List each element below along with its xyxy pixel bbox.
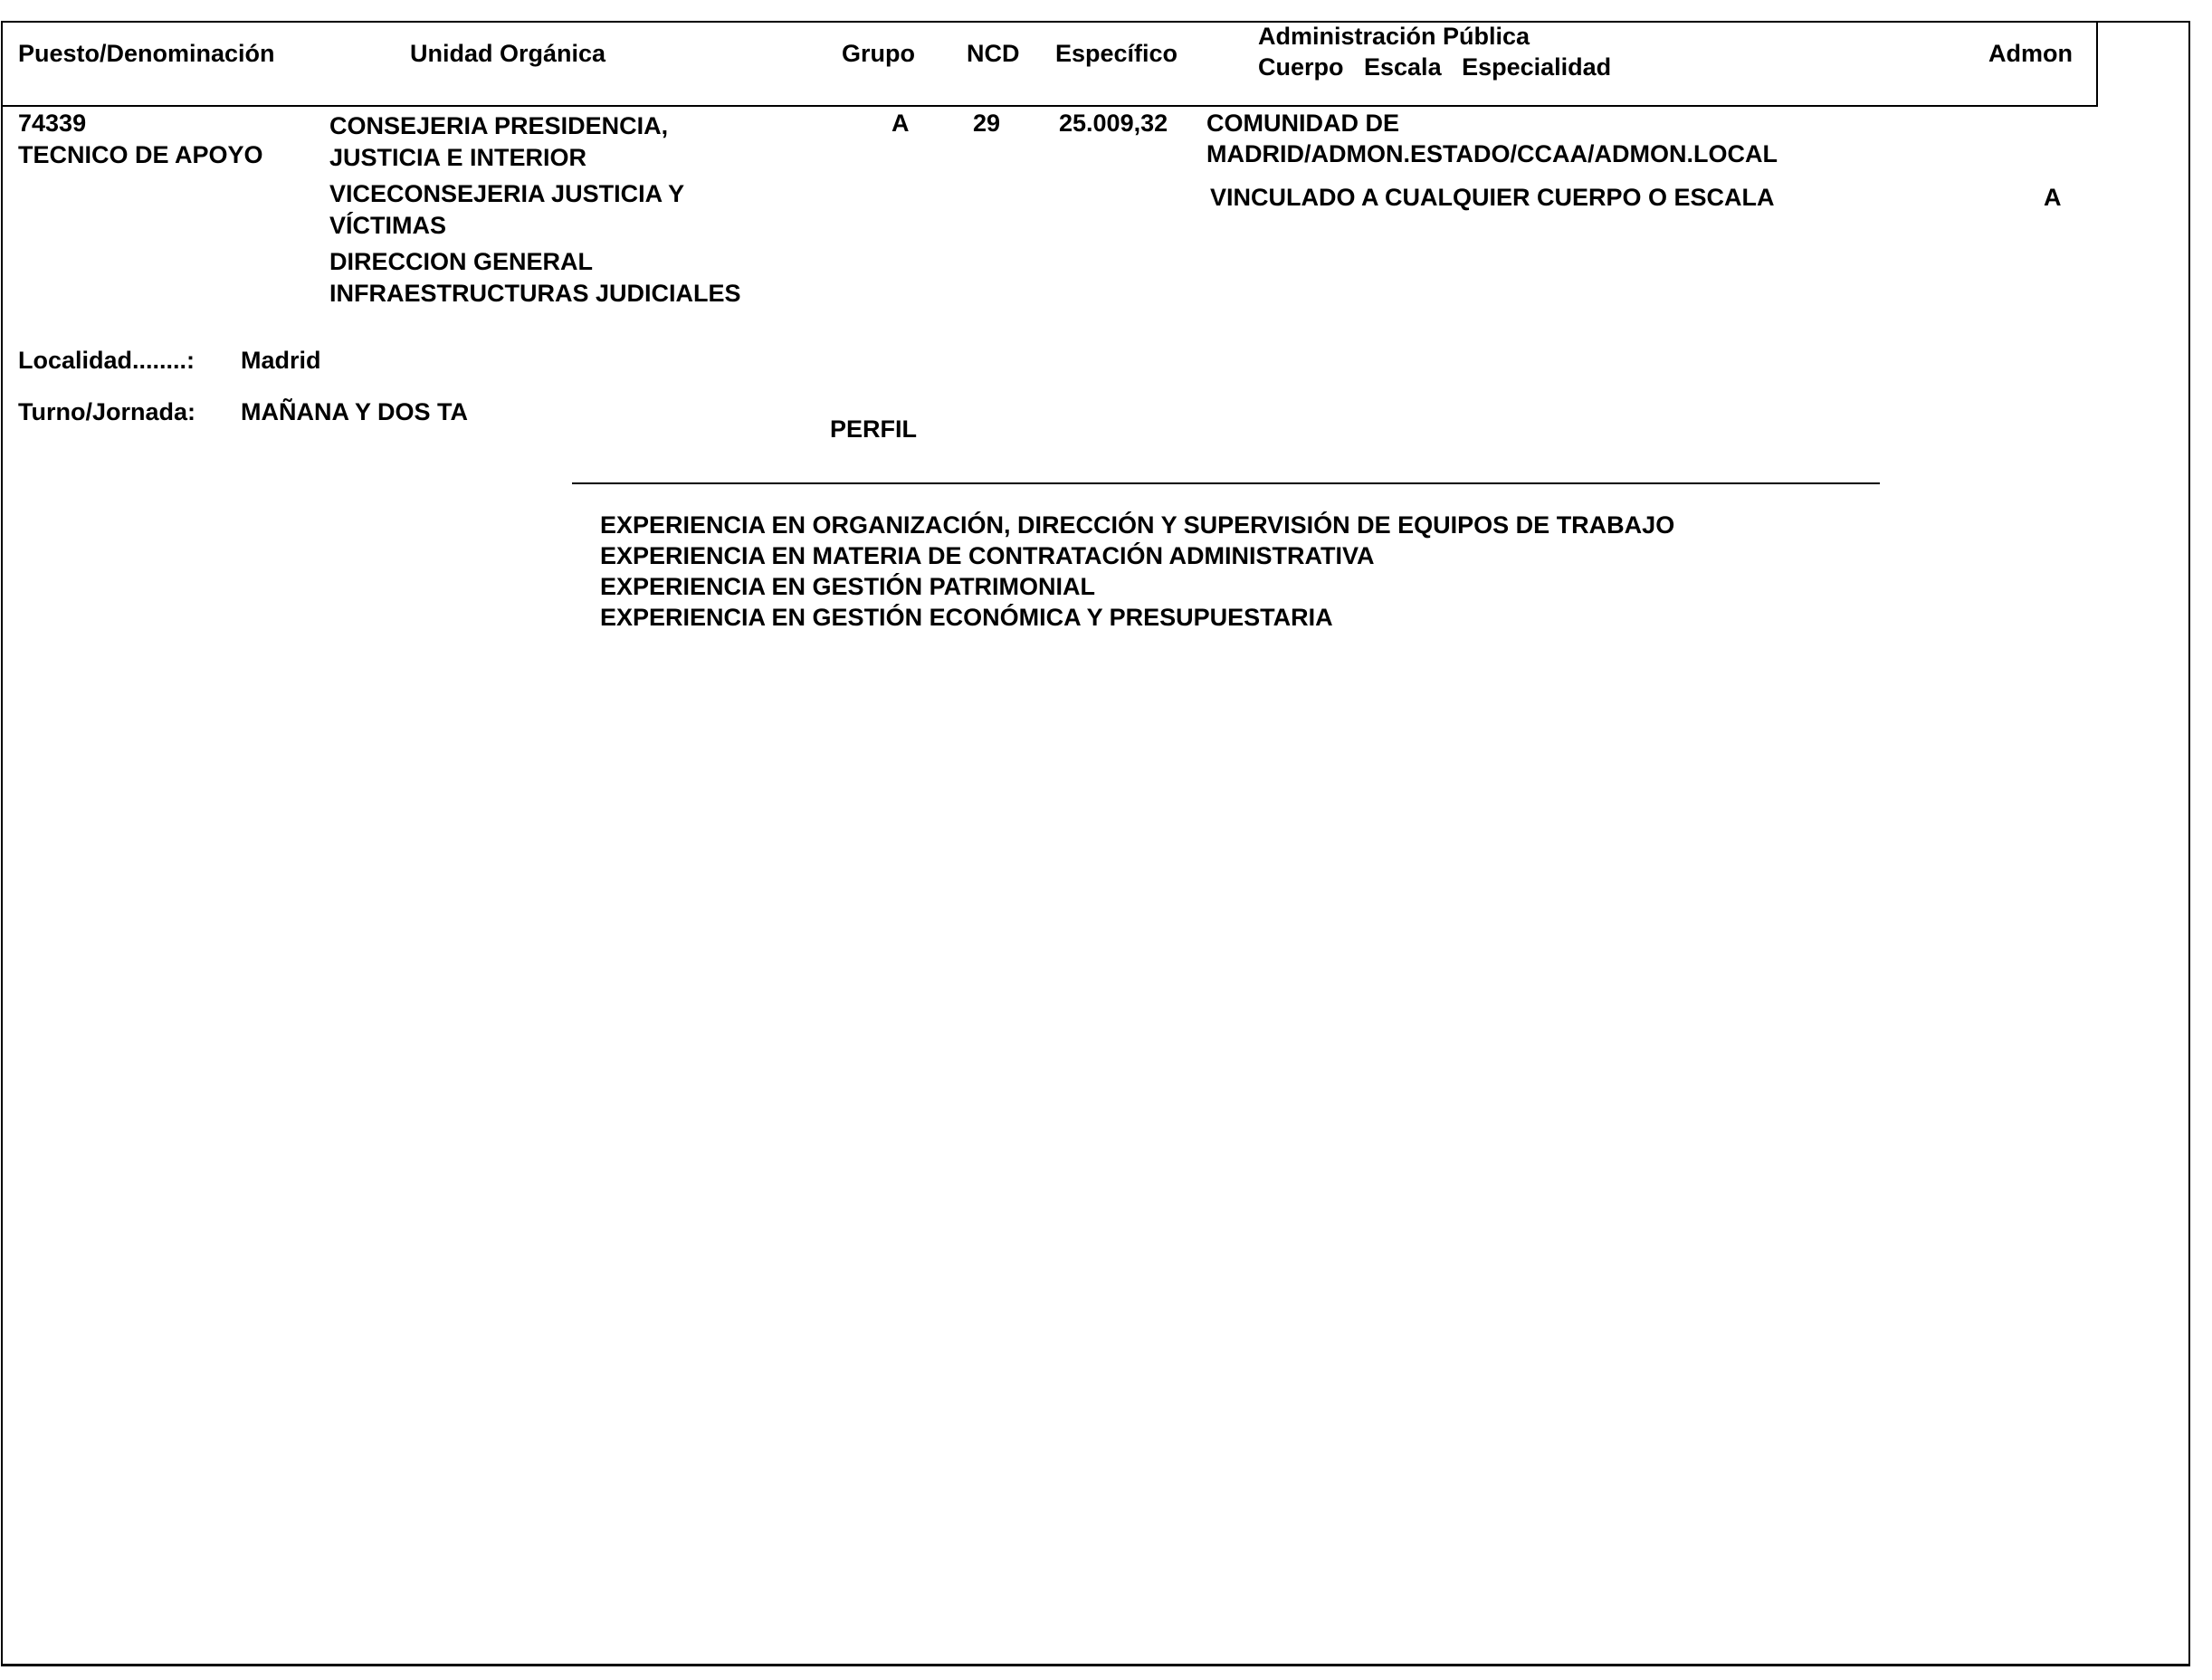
header-puesto: Puesto/Denominación: [18, 42, 275, 66]
admon-value: A: [2044, 186, 2062, 210]
header-cuerpo-escala: Cuerpo Escala Especialidad: [1258, 55, 1611, 80]
grupo-value: A: [891, 111, 910, 136]
administracion-line: MADRID/ADMON.ESTADO/CCAA/ADMON.LOCAL: [1206, 142, 1778, 167]
perfil-item: EXPERIENCIA EN GESTIÓN ECONÓMICA Y PRESU…: [600, 606, 1333, 630]
administracion-line: COMUNIDAD DE: [1206, 111, 1399, 136]
puesto-denominacion: TECNICO DE APOYO: [18, 143, 263, 167]
header-unidad-organica: Unidad Orgánica: [410, 42, 605, 66]
header-administracion-publica: Administración Pública: [1258, 24, 1530, 49]
localidad-label: Localidad........:: [18, 348, 195, 373]
puesto-codigo: 74339: [18, 111, 86, 136]
header-especifico: Específico: [1055, 42, 1178, 66]
header-ncd: NCD: [967, 42, 1020, 66]
header-admon: Admon: [1988, 42, 2073, 66]
unidad-line: VÍCTIMAS: [329, 214, 446, 238]
turno-label: Turno/Jornada:: [18, 400, 195, 425]
header-grupo: Grupo: [842, 42, 915, 66]
perfil-item: EXPERIENCIA EN MATERIA DE CONTRATACIÓN A…: [600, 544, 1375, 568]
unidad-line: CONSEJERIA PRESIDENCIA,: [329, 114, 668, 138]
perfil-title: PERFIL: [830, 417, 917, 442]
perfil-divider: [572, 482, 1880, 484]
unidad-line: VICECONSEJERIA JUSTICIA Y: [329, 182, 684, 206]
perfil-item: EXPERIENCIA EN GESTIÓN PATRIMONIAL: [600, 575, 1095, 599]
unidad-line: JUSTICIA E INTERIOR: [329, 146, 586, 170]
localidad-value: Madrid: [241, 348, 321, 373]
turno-value: MAÑANA Y DOS TA: [241, 400, 468, 425]
table-header: [1, 21, 2098, 107]
ncd-value: 29: [973, 111, 1000, 136]
especifico-value: 25.009,32: [1059, 111, 1168, 136]
perfil-item: EXPERIENCIA EN ORGANIZACIÓN, DIRECCIÓN Y…: [600, 513, 1674, 538]
unidad-line: DIRECCION GENERAL: [329, 250, 593, 274]
unidad-line: INFRAESTRUCTURAS JUDICIALES: [329, 282, 741, 306]
cuerpo-escala-value: VINCULADO A CUALQUIER CUERPO O ESCALA: [1210, 186, 1775, 210]
